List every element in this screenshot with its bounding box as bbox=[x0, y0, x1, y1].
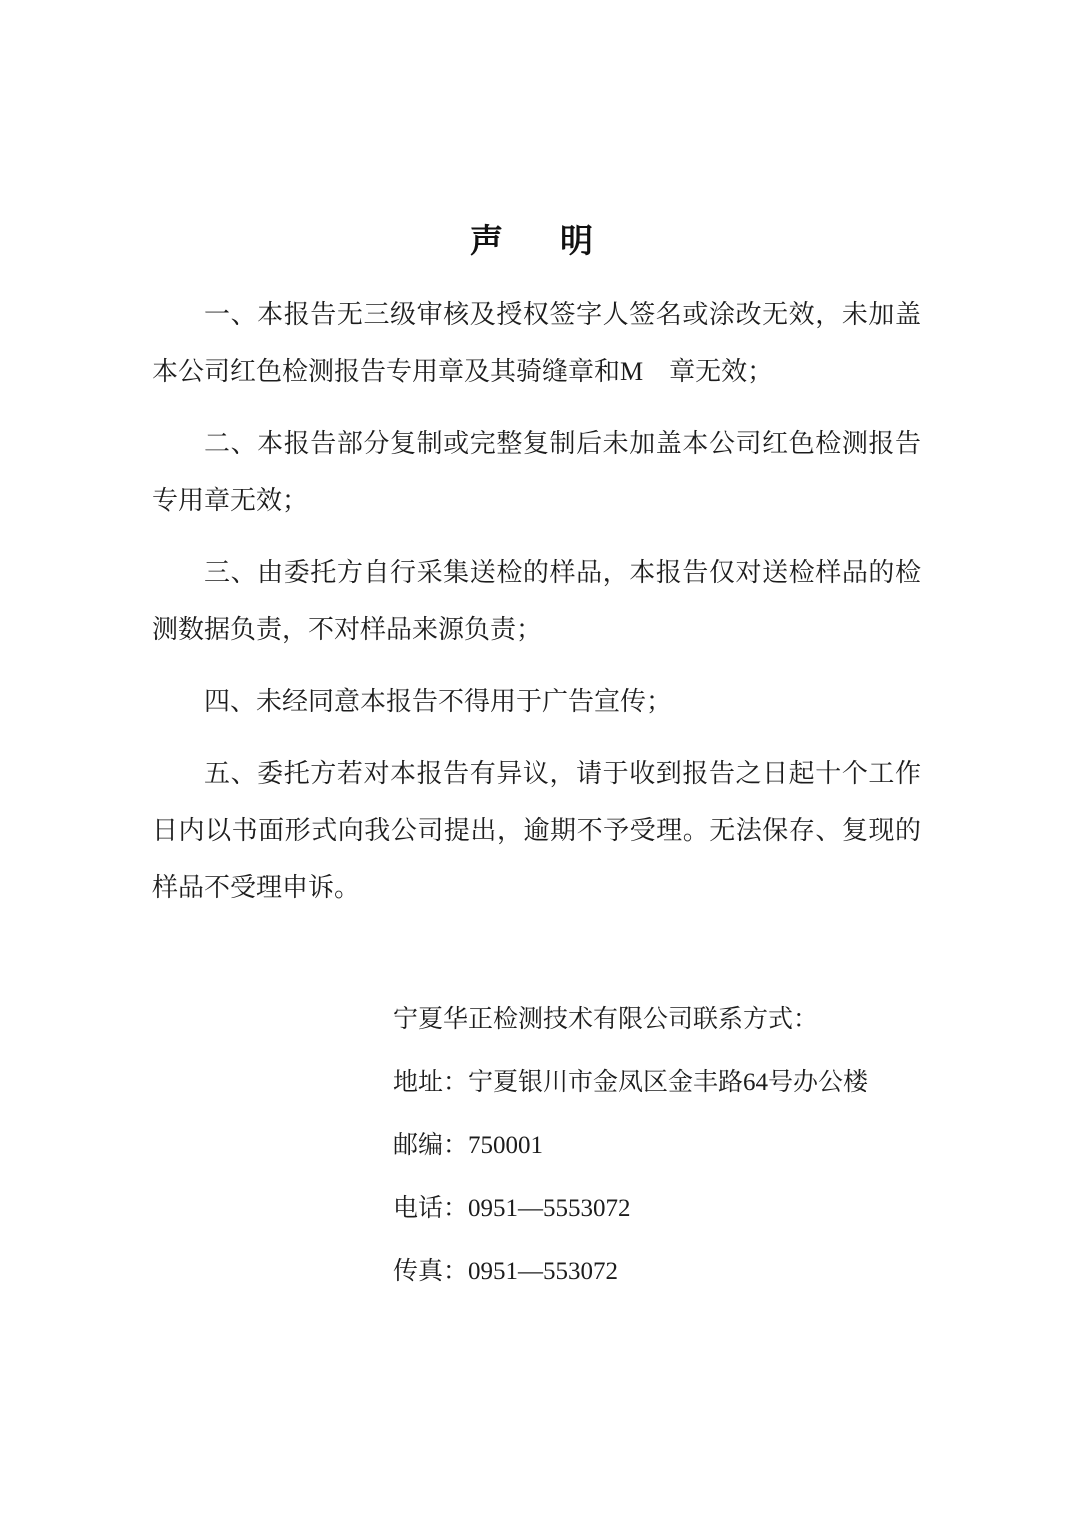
contact-address: 地址：宁夏银川市金凤区金丰路64号办公楼 bbox=[393, 1051, 868, 1114]
statement-body: 一、本报告无三级审核及授权签字人签名或涂改无效，未加盖本公司红色检测报告专用章及… bbox=[0, 286, 1075, 916]
statement-item-4: 四、未经同意本报告不得用于广告宣传； bbox=[152, 673, 921, 730]
contact-header: 宁夏华正检测技术有限公司联系方式： bbox=[393, 988, 868, 1051]
page-title: 声 明 bbox=[0, 0, 1075, 262]
contact-postcode: 邮编：750001 bbox=[393, 1114, 868, 1177]
statement-item-5: 五、委托方若对本报告有异议，请于收到报告之日起十个工作日内以书面形式向我公司提出… bbox=[152, 745, 921, 916]
contact-block: 宁夏华正检测技术有限公司联系方式： 地址：宁夏银川市金凤区金丰路64号办公楼 邮… bbox=[393, 988, 868, 1303]
contact-phone: 电话：0951—5553072 bbox=[393, 1177, 868, 1240]
statement-item-3: 三、由委托方自行采集送检的样品，本报告仅对送检样品的检测数据负责，不对样品来源负… bbox=[152, 544, 921, 658]
statement-item-1: 一、本报告无三级审核及授权签字人签名或涂改无效，未加盖本公司红色检测报告专用章及… bbox=[152, 286, 921, 400]
statement-item-2: 二、本报告部分复制或完整复制后未加盖本公司红色检测报告专用章无效； bbox=[152, 415, 921, 529]
statement-page: 声 明 一、本报告无三级审核及授权签字人签名或涂改无效，未加盖本公司红色检测报告… bbox=[0, 0, 1075, 1521]
contact-fax: 传真：0951—553072 bbox=[393, 1240, 868, 1303]
